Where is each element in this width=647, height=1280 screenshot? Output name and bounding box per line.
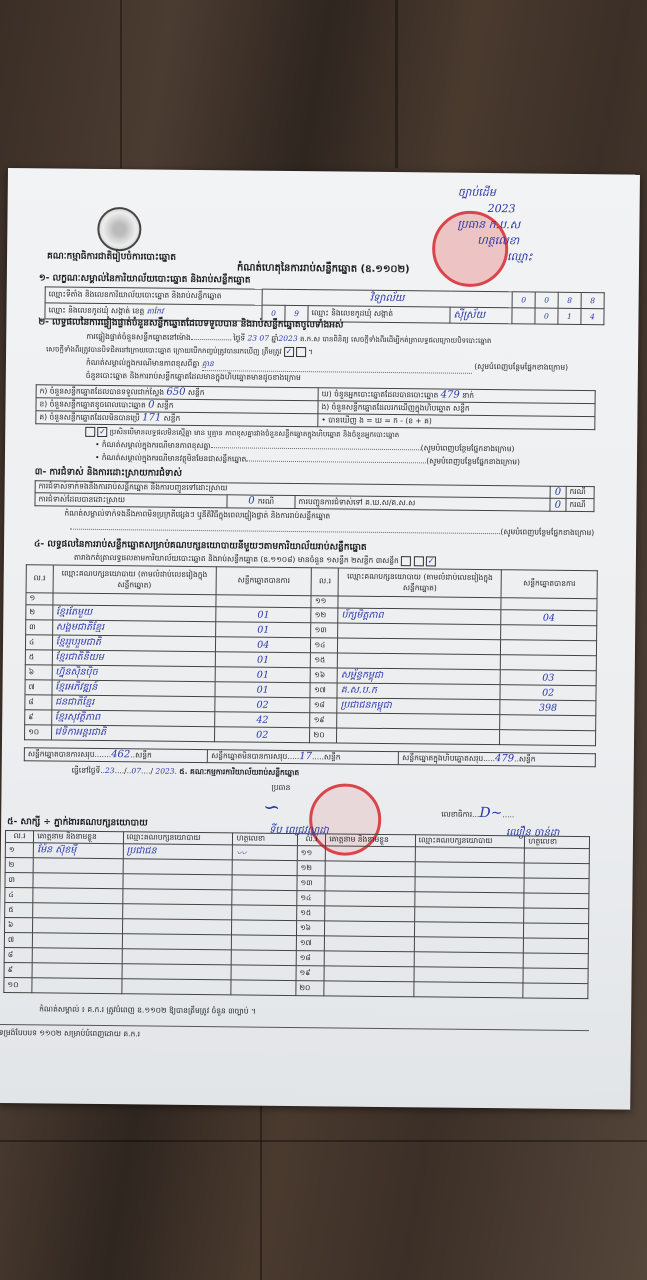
row-number: ២០ [310,728,337,743]
party-votes-field[interactable] [501,655,597,671]
party-votes-field[interactable]: 01 [215,682,311,698]
witness-party-field[interactable] [122,934,232,950]
party-votes-field[interactable]: 01 [215,652,311,668]
no-discrepancy-checkbox[interactable] [85,427,95,437]
party-name-field[interactable]: ខ្មែររួបរួមជាតិ [52,635,215,652]
seal-incorrect-checkbox[interactable] [296,347,306,357]
witness-signature-field[interactable] [232,890,297,906]
party-name-field[interactable]: វេទិកាអន្តរជាតិ [51,725,214,742]
witness-party-field[interactable]: ប្រជាជន [123,844,233,860]
witness-name-field[interactable] [32,948,122,964]
witness-name-field[interactable] [325,921,415,937]
witness-party-field[interactable] [414,907,524,923]
party-name-field[interactable] [338,623,501,640]
party-votes-field[interactable]: 04 [501,610,597,626]
witness-party-field[interactable] [414,892,524,908]
witness-party-field[interactable] [415,847,525,863]
wood-grain [395,0,398,168]
row-number: ៨ [25,695,52,710]
party-votes-field[interactable] [501,625,597,641]
witness-signature-field[interactable] [232,935,297,951]
witness-party-field[interactable] [122,904,232,920]
party-name-field[interactable] [337,713,500,730]
ballot-count-table: ក) ចំនួនសន្លឹកឆ្នោតដែលបានទទួលជាក់ស្តែង 6… [35,384,595,430]
party-votes-field[interactable]: 02 [215,697,311,713]
witness-signature-field[interactable] [232,905,297,921]
row-number: ១៥ [297,906,325,921]
party-name-field[interactable]: ប័ក្សមិត្តភាព [338,608,501,625]
date-month-field[interactable]: 07 [131,766,141,775]
org-name: គណៈកម្មាធិការជាតិរៀបចំការបោះឆ្នោត [47,250,176,264]
results-totals-table: សន្លឹកឆ្នោតបានការសរុប.......462..សន្លឹក … [24,747,596,767]
party-name-field[interactable]: ជនជាតិខ្មែរ [52,695,215,712]
total-valid-field[interactable]: 462 [111,749,130,760]
secretary-signature: D~ [479,805,502,821]
witness-signature-field[interactable] [524,923,589,939]
party-votes-field[interactable]: 42 [214,712,310,728]
row-number: ៤ [25,635,52,650]
row-number: ៥ [5,903,33,918]
row-number: ១៤ [311,638,338,653]
witness-signature-field[interactable] [523,968,588,984]
witness-signature-field[interactable] [231,965,296,981]
witness-party-field[interactable] [415,877,525,893]
voters-count-field[interactable]: 479 [441,390,460,401]
row-number: ៩ [4,963,32,978]
witness-signature-field[interactable] [233,860,298,876]
row-number: ៧ [25,680,52,695]
handwritten-annotation: ច្បាប់ដើម 2023 ប្រធាន ក.ប.ស ហត្ថលេខា ឈ្ម… [457,185,533,266]
wood-grain [0,1140,647,1142]
party-name-field[interactable]: គ.ស.ប.ក [337,683,500,700]
party-name-field[interactable]: ហ្វ៊ុនស៊ិនប៉ិច [52,665,215,682]
row-number: ៣ [5,873,33,888]
witness-signature-field[interactable] [524,908,589,924]
form-title: កំណត់ហេតុនៃការរាប់សន្លឹកឆ្នោត (ឧ.១១០២) [237,260,410,277]
sheets-2-checkbox[interactable] [414,556,424,566]
witness-signature-field[interactable] [232,950,297,966]
witness-party-field[interactable] [414,922,524,938]
witness-party-field[interactable] [123,874,233,890]
row-number: ១៩ [310,713,337,728]
party-votes-field[interactable]: 01 [215,622,311,638]
party-results-table: ល.រ ឈ្មោះគណបក្សនយោបាយ (តាមលំដាប់លេខរៀងក្… [24,564,598,746]
witness-name-field[interactable] [324,951,414,967]
witness-signature-field[interactable] [524,953,589,969]
party-votes-field[interactable]: 03 [500,670,596,686]
party-name-field[interactable]: ខ្មែរតែមួយ [52,605,215,622]
party-name-field[interactable]: ខ្មែរសុវត្ថិភាព [51,710,214,727]
section2-title: ២- លទ្ធផលនៃការផ្ទៀងផ្ទាត់ចំនួនសន្លឹកឆ្នោ… [38,316,343,332]
row-number: ១១ [311,596,338,608]
witness-name-field[interactable] [325,906,415,922]
row-number: ២ [26,605,53,620]
party-name-field[interactable]: សង្គមជាតិខ្មែរ [52,620,215,637]
row-number: ១០ [25,725,52,740]
row-number: ១៣ [311,623,338,638]
witness-name-field[interactable] [33,903,123,919]
witness-name-field[interactable] [324,966,414,982]
unused-ballots-field[interactable]: 171 [142,412,161,423]
section3-title: ៣- ការជំទាស់ និងការដោះស្រាយការជំទាស់ [35,466,182,481]
election-form-paper: គណៈកម្មាធិការជាតិរៀបចំការបោះឆ្នោត កំណត់ហ… [0,168,640,1110]
district-field[interactable]: ស៊ីស្រ័យ [450,307,512,324]
row-number: ១៦ [311,668,338,683]
complaints-total-field[interactable]: 0 [550,486,566,498]
party-name-field[interactable] [337,728,500,745]
row-number: ១ [5,843,33,858]
row-number: ១៦ [296,921,324,936]
witness-table: ល.រ គោត្តនាម និងនាមខ្លួន ឈ្មោះគណបក្សនយោប… [3,830,590,999]
witness-party-field[interactable] [415,862,525,878]
party-votes-field[interactable]: 04 [215,637,311,653]
verify-day-field[interactable]: 23 [247,334,257,343]
witness-signature-field[interactable] [523,983,588,999]
witness-name-field[interactable] [325,891,415,907]
party-votes-field[interactable]: 02 [214,727,310,743]
row-number: ១៨ [296,951,324,966]
section1-title: ១- លក្ខណៈសម្គាល់នៃការិយាល័យបោះឆ្នោត និងរ… [39,272,251,287]
row-number: ២០ [296,981,324,996]
row-number: ១៥ [311,653,338,668]
party-votes-field[interactable]: 01 [216,607,312,623]
witness-signature-field[interactable] [525,863,590,879]
witness-party-field[interactable] [122,964,232,980]
witness-name-field[interactable]: ម៉ែន ស៊ុខម៉ី [34,843,124,859]
nec-emblem-icon [97,207,141,251]
row-number: ១១ [297,846,325,861]
row-number: ៨ [4,948,32,963]
seal-correct-checkbox[interactable]: ✓ [284,347,294,357]
date-day-field[interactable]: 23 [105,766,115,775]
witness-party-field[interactable] [123,859,233,875]
witness-party-field[interactable] [122,919,232,935]
party-name-field[interactable]: ខ្មែរជាតិនិយម [52,650,215,667]
province-field[interactable]: តាកែវ [147,306,164,315]
witness-signature-field[interactable] [524,878,589,894]
witness-name-field[interactable] [325,876,415,892]
irregularities-field[interactable] [70,529,500,535]
ballots-received-field[interactable]: 650 [166,387,185,398]
witness-name-field[interactable] [33,888,123,904]
witness-signature-field[interactable] [525,848,590,864]
witness-signature-field[interactable]: 〰 [233,845,298,861]
wood-grain [260,1103,262,1280]
party-votes-field[interactable] [216,595,312,608]
row-number: ៥ [25,650,52,665]
witness-name-field[interactable] [326,846,416,862]
row-number: ១៩ [296,966,324,981]
chair-signature: ∽ [263,795,280,819]
party-votes-field[interactable] [500,715,596,731]
complaints-table: ការជំទាស់ទាក់ទងនឹងការរាប់សន្លឹកឆ្នោត និង… [34,480,594,512]
witness-name-field[interactable] [32,978,122,994]
party-name-field[interactable]: ប្រជាជនកម្ពុជា [337,698,500,715]
witness-name-field[interactable] [33,858,123,874]
witness-name-field[interactable] [32,963,122,979]
witness-name-field[interactable] [325,936,415,952]
party-name-field[interactable] [337,653,500,670]
total-box-field[interactable]: 479 [495,753,514,764]
witness-party-field[interactable] [413,982,523,998]
party-votes-field[interactable]: 02 [500,685,596,701]
party-name-field[interactable]: ខ្មែរអភិវឌ្ឍន៍ [52,680,215,697]
spoiled-ballots-field[interactable]: 0 [148,399,154,410]
sheets-3-checkbox[interactable]: ✓ [426,556,436,566]
row-number: ១៧ [296,936,324,951]
witness-party-field[interactable] [122,889,232,905]
complaints-forwarded-field[interactable]: 0 [550,498,566,511]
witness-name-field[interactable] [325,861,415,877]
witness-signature-field[interactable] [524,938,589,954]
witness-party-field[interactable] [414,937,524,953]
witness-signature-field[interactable] [232,920,297,936]
party-votes-field[interactable] [501,640,597,656]
wood-grain [120,0,122,168]
row-number: ១២ [311,608,338,623]
witness-name-field[interactable] [33,933,123,949]
row-number: ១២ [297,861,325,876]
row-number: ៩ [25,710,52,725]
witness-signature-field[interactable] [232,875,297,891]
row-number: ១០ [4,978,32,993]
row-number: ១៧ [310,683,337,698]
party-name-field[interactable]: សម្ព័ន្ធកម្ពុជា [337,668,500,685]
verify-year-field[interactable]: 2023 [278,334,297,343]
complaints-resolved-field[interactable]: 0 ករណី [227,495,295,509]
witness-name-field[interactable] [33,918,123,934]
witness-name-field[interactable] [33,873,123,889]
witness-signature-field[interactable] [231,980,296,996]
row-number: ៧ [4,933,32,948]
sheets-1-checkbox[interactable] [401,556,411,566]
row-number: ៤ [5,888,33,903]
witness-signature-field[interactable] [524,893,589,909]
witness-name-field[interactable] [324,981,414,997]
party-votes-field[interactable] [501,598,597,611]
foreign-object-field[interactable] [246,461,426,464]
party-votes-field[interactable]: 398 [500,700,596,716]
witness-party-field[interactable] [414,952,524,968]
discrepancy-checkbox[interactable]: ✓ [97,427,107,437]
witness-party-field[interactable] [122,949,232,965]
discrepancy-field[interactable] [211,447,421,450]
row-number: ១៨ [310,698,337,713]
date-year-field[interactable]: 2023 [155,767,174,776]
row-number: ១ [26,593,53,605]
section5-title: ៥- សាក្សី ÷ ភ្នាក់ងារគណបក្សនយោបាយ [7,816,148,830]
row-number: ៣ [26,620,53,635]
row-number: ១៣ [297,876,325,891]
row-number: ២ [5,858,33,873]
party-votes-field[interactable] [500,730,596,746]
party-name-field[interactable] [338,638,501,655]
row-number: ១៤ [297,891,325,906]
verify-month-field[interactable]: 07 [259,334,269,343]
total-invalid-field[interactable]: 17 [299,751,312,762]
party-votes-field[interactable]: 01 [215,667,311,683]
witness-party-field[interactable] [414,967,524,983]
witness-party-field[interactable] [122,979,232,995]
row-number: ៦ [25,665,52,680]
row-number: ៦ [4,918,32,933]
